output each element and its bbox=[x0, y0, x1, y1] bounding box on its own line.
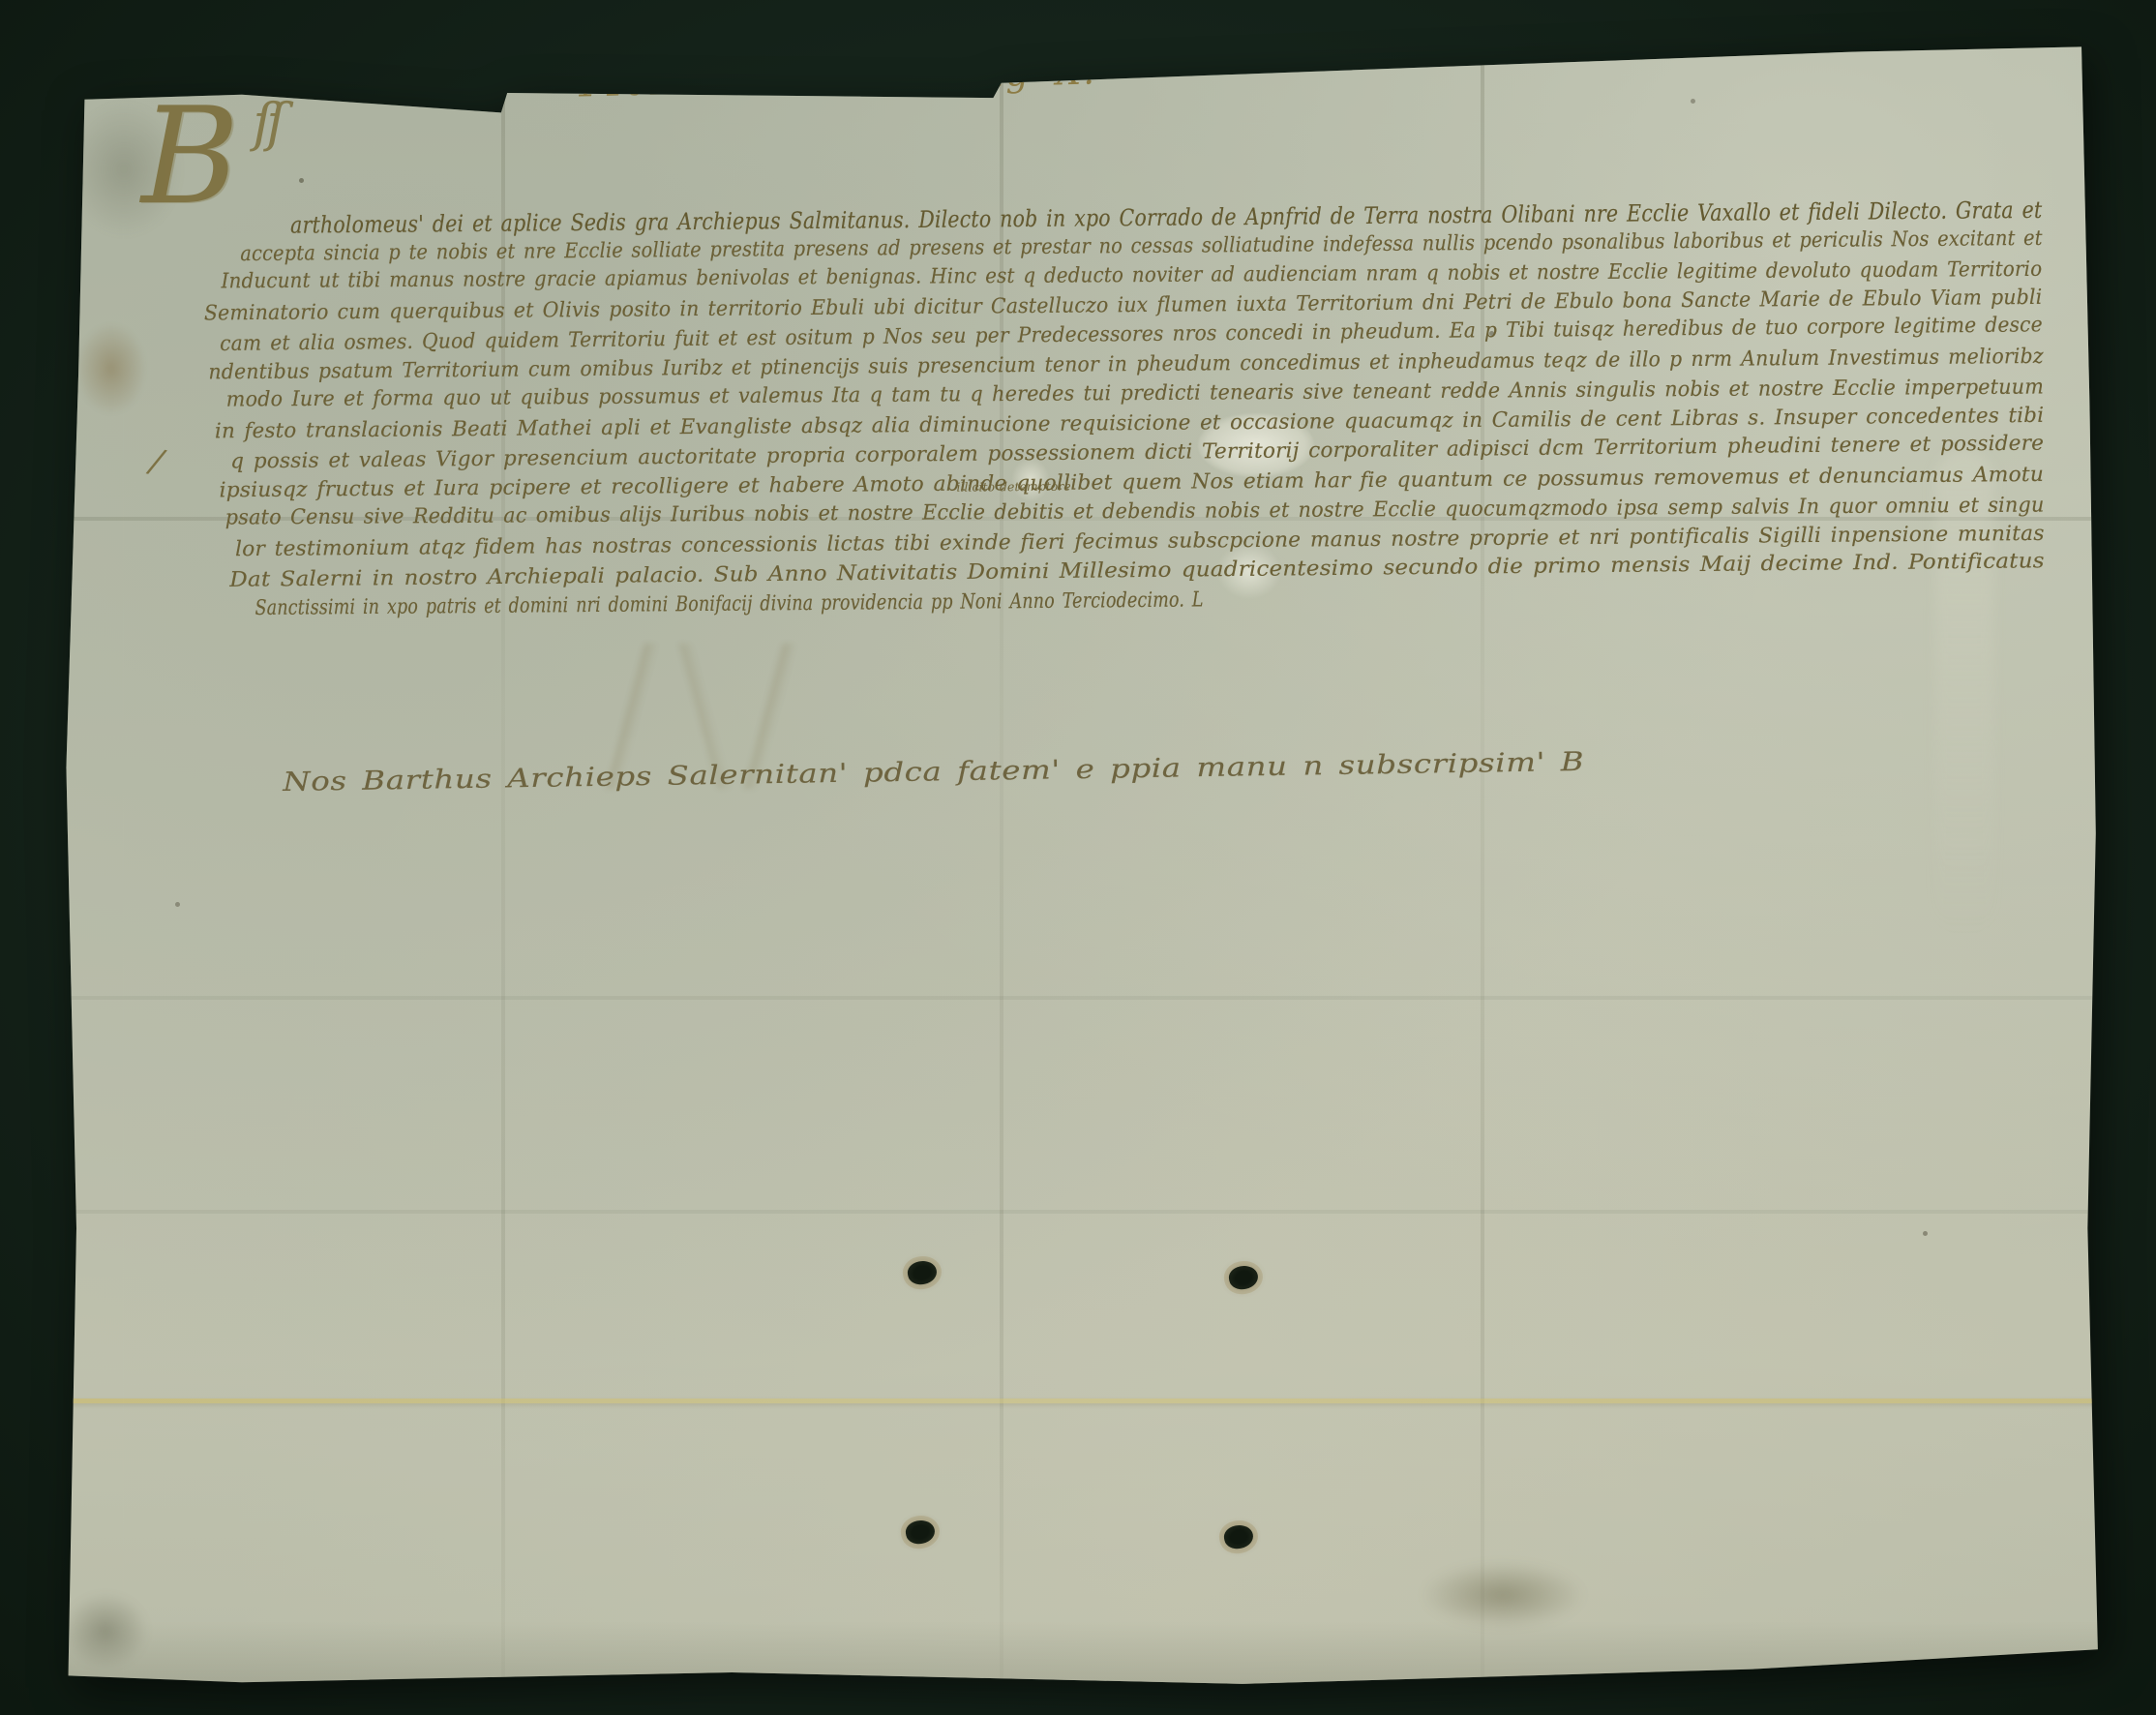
seal-cord-hole bbox=[906, 1258, 939, 1287]
archival-note-year: 1402. bbox=[576, 61, 689, 105]
initial-flourish: ſſ bbox=[253, 92, 280, 153]
archival-note: 1402. 1 Mag' X. bbox=[576, 50, 1097, 105]
charter-text-block: artholomeus' dei et aplice Sedis gra Arc… bbox=[143, 196, 2046, 626]
archival-note-reference: 1 Mag' X. bbox=[905, 50, 1096, 97]
seal-cord-hole bbox=[1222, 1522, 1255, 1551]
seal-cord-hole bbox=[904, 1518, 937, 1547]
interlinear-note: illicito detemptore bbox=[956, 479, 1070, 495]
stain bbox=[1421, 1561, 1585, 1629]
stain bbox=[75, 322, 147, 415]
fold-crease-horizontal bbox=[58, 1399, 2100, 1403]
photo-background: 1402. 1 Mag' X. Bſſ ∕ artholomeus' dei e… bbox=[0, 0, 2156, 1715]
edge-shading bbox=[58, 1621, 2100, 1689]
illuminated-initial: Bſſ bbox=[141, 90, 266, 224]
parchment-sheet: 1402. 1 Mag' X. Bſſ ∕ artholomeus' dei e… bbox=[58, 44, 2100, 1689]
parchment-surface: 1402. 1 Mag' X. Bſſ ∕ artholomeus' dei e… bbox=[58, 44, 2100, 1689]
flyspecks bbox=[58, 44, 61, 46]
fold-crease-horizontal bbox=[58, 1210, 2100, 1214]
seal-cord-hole bbox=[1227, 1263, 1260, 1292]
fold-crease-horizontal bbox=[58, 996, 2100, 1000]
archbishop-subscription-line: Nos Barthus Archieps Salernitan' pdca fa… bbox=[283, 747, 1584, 797]
initial-letter-B: B bbox=[141, 78, 239, 234]
